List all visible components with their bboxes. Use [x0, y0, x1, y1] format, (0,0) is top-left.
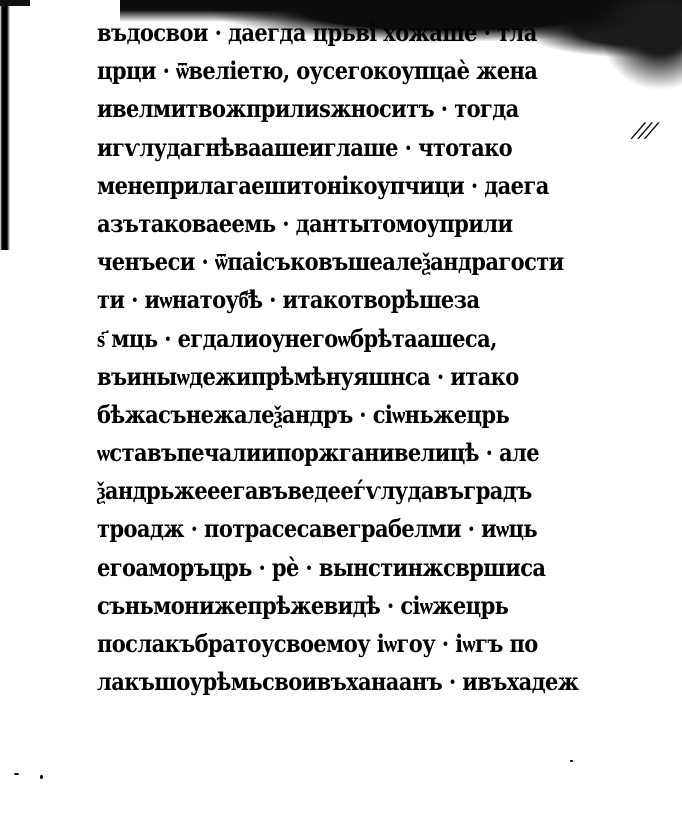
text-line: лакъшоурѣмьсвоивъханаанъ · ивъхадеж — [97, 660, 617, 704]
text-line: егоаморъцрь · рѐ · вынстинжсвршиса — [97, 546, 617, 590]
manuscript-page: /// въдосвои · даегда црьві хожаше · тла… — [0, 0, 682, 830]
text-line: ѕ҃ мць · егдалиоунегоѡбрѣтаашеса, — [97, 317, 617, 361]
text-line: ивелмитвожприлиѕжноситъ · тогда — [97, 88, 617, 132]
text-line: троадж · потрасесавеграбелми · иѡць — [97, 508, 617, 552]
margin-note: /// — [631, 118, 660, 142]
text-line: игѵлудагнѣваашеиглаше · чтотако — [97, 126, 617, 170]
ink-speck — [14, 773, 19, 775]
binding-edge-top — [0, 0, 30, 6]
ink-speck — [40, 775, 43, 779]
text-line: ти · иѡнатоуб҃ѣ · итакотворѣшеза — [97, 278, 617, 322]
text-line: въдосвои · даегда црьві хожаше · тла — [97, 11, 617, 55]
ink-speck — [570, 760, 573, 762]
manuscript-text-block: въдосвои · даегда црьві хожаше · тла црц… — [97, 14, 617, 701]
binding-edge — [0, 0, 10, 250]
